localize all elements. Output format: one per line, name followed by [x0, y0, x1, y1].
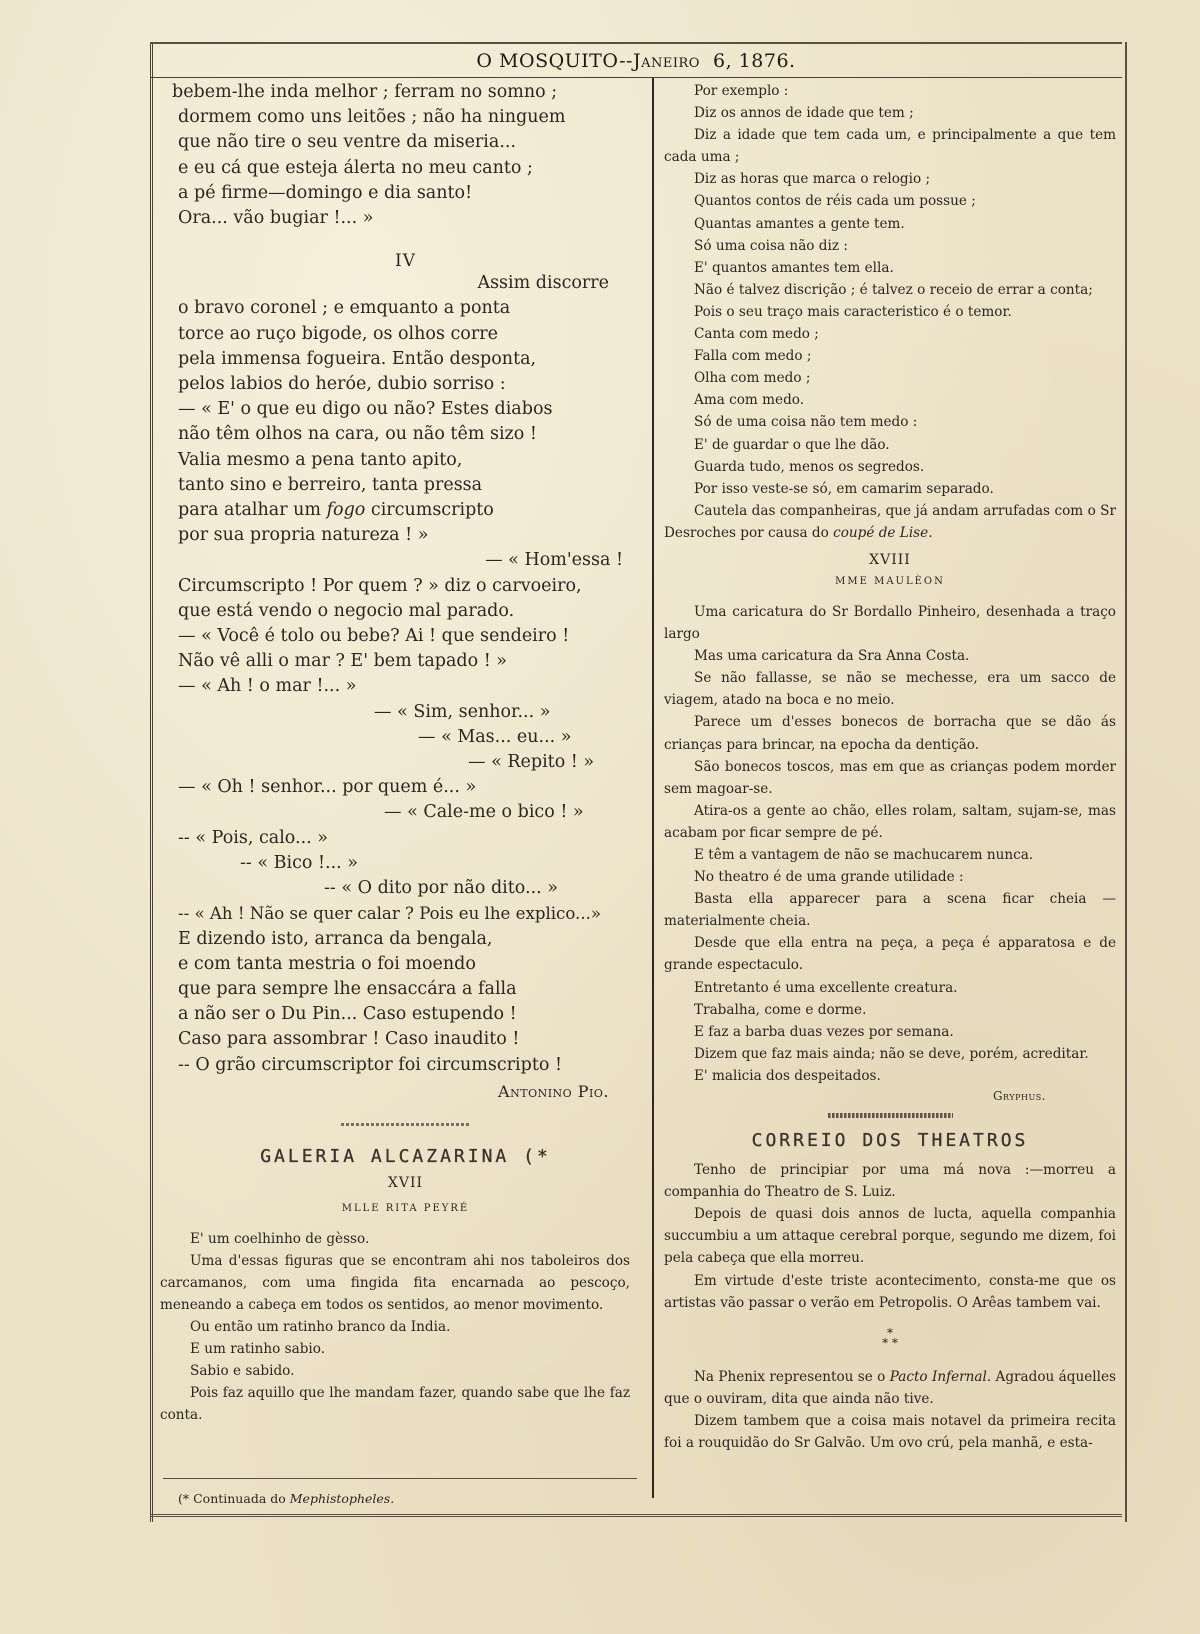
paragraph: Basta ella apparecer para a scena ficar … [664, 888, 1116, 932]
verse-text: circumscripto [365, 500, 494, 520]
verse-line: -- « Ah ! Não se quer calar ? Pois eu lh… [178, 901, 633, 926]
verse-line: -- « Pois, calo... » [178, 826, 633, 851]
paragraph-italic: coupé de Lise. [833, 525, 932, 541]
verse-line: pelos labios do heróe, dubio sorriso : [178, 372, 633, 397]
paragraph: No theatro é de uma grande utilidade : [664, 866, 1116, 888]
verse-line: -- « Bico !... » [178, 851, 633, 876]
paragraph: Por exemplo : [664, 80, 1116, 102]
verse-line: Ora... vão bugiar !... » [178, 206, 633, 231]
verse-line: e com tanta mestria o foi moendo [178, 952, 633, 977]
verse-line: dormem como uns leitões ; não ha ninguem [178, 105, 633, 130]
author-signature: Antonino Pio. [178, 1082, 633, 1101]
verse-line: o bravo coronel ; e emquanto a ponta [178, 296, 633, 321]
verse-line: — « Sim, senhor... » [178, 700, 633, 725]
ornament-divider [828, 1113, 953, 1118]
author-signature: Gryphus. [664, 1089, 1116, 1103]
paragraph: Quantas amantes a gente tem. [664, 213, 1116, 235]
verse-line: Assim discorre [178, 271, 633, 296]
verse-line: — « Hom'essa ! [178, 548, 633, 573]
masthead-month: Janeiro [633, 50, 700, 72]
paragraph: Por isso veste-se só, em camarim separad… [664, 478, 1116, 500]
verse-line: Caso para assombrar ! Caso inaudito ! [178, 1027, 633, 1052]
stanza-number: IV [178, 251, 633, 271]
verse-line: por sua propria natureza ! » [178, 523, 633, 548]
paragraph-cutoff: Dizem tambem que a coisa mais notavel da… [664, 1410, 1116, 1454]
verse-line: -- « O dito por não dito... » [178, 876, 633, 901]
section-title-galeria: GALERIA ALCAZARINA (* [178, 1146, 633, 1167]
intro-prose: Por exemplo : Diz os annos de idade que … [664, 80, 1116, 544]
paragraph: Em virtude d'este triste acontecimento, … [664, 1270, 1116, 1314]
verse-line: — « Você é tolo ou bebe? Ai ! que sendei… [178, 624, 633, 649]
paragraph: E' um coelhinho de gèsso. [160, 1228, 630, 1250]
left-column-end-rule [163, 1478, 637, 1479]
paragraph: Cautela das companheiras, que já andam a… [664, 500, 1116, 544]
paragraph: E' quantos amantes tem ella. [664, 257, 1116, 279]
paragraph: Tenho de principiar por uma má nova :—mo… [664, 1159, 1116, 1203]
verse-line: — « Mas... eu... » [178, 725, 633, 750]
paragraph: Olha com medo ; [664, 367, 1116, 389]
verse-line: bebem-lhe inda melhor ; ferram no somno … [172, 80, 633, 105]
ornament-divider [341, 1123, 471, 1126]
verse-line: para atalhar um fogo circumscripto [178, 498, 633, 523]
paragraph: Falla com medo ; [664, 345, 1116, 367]
galeria-prose: E' um coelhinho de gèsso. Uma d'essas fi… [160, 1228, 630, 1427]
verse-line: — « E' o que eu digo ou não? Estes diabo… [178, 397, 633, 422]
poem-part-2: Assim discorre o bravo coronel ; e emqua… [178, 271, 633, 1078]
verse-line: pela immensa fogueira. Então desponta, [178, 347, 633, 372]
paragraph: Sabio e sabido. [160, 1360, 630, 1382]
left-column: bebem-lhe inda melhor ; ferram no somno … [178, 80, 633, 1427]
paragraph: Diz a idade que tem cada um, e principal… [664, 124, 1116, 168]
verse-line: não têm olhos na cara, ou não têm sizo ! [178, 422, 633, 447]
verse-line: que não tire o seu ventre da miseria... [178, 130, 633, 155]
paragraph: Se não fallasse, se não se mechesse, era… [664, 667, 1116, 711]
paragraph: Não é talvez discrição ; é talvez o rece… [664, 279, 1116, 301]
masthead-date: 6, 1876. [713, 50, 796, 72]
verse-line: a não ser o Du Pin... Caso estupendo ! [178, 1002, 633, 1027]
asterism-divider: ** * [664, 1328, 1116, 1348]
paragraph: Quantos contos de réis cada um possue ; [664, 190, 1116, 212]
verse-italic: fogo [327, 500, 366, 520]
bottom-rule [150, 1514, 1122, 1517]
paragraph: Ou então um ratinho branco da India. [160, 1316, 630, 1338]
verse-line: -- O grão circumscriptor foi circumscrip… [178, 1053, 633, 1078]
paragraph: Canta com medo ; [664, 323, 1116, 345]
masthead: O MOSQUITO--Janeiro 6, 1876. [150, 46, 1122, 76]
paragraph: Guarda tudo, menos os segredos. [664, 456, 1116, 478]
verse-line: — « Oh ! senhor... por quem é... » [178, 775, 633, 800]
correio-prose: Tenho de principiar por uma má nova :—mo… [664, 1159, 1116, 1314]
paragraph: E faz a barba duas vezes por semana. [664, 1021, 1116, 1043]
top-rule [150, 42, 1122, 44]
paragraph: E um ratinho sabio. [160, 1338, 630, 1360]
section-title-correio: CORREIO DOS THEATROS [664, 1130, 1116, 1151]
masthead-rule [150, 77, 1122, 78]
poem-part-1: bebem-lhe inda melhor ; ferram no somno … [178, 80, 633, 231]
paragraph: Diz os annos de idade que tem ; [664, 102, 1116, 124]
footnote-text: (* Continuada do [178, 1491, 290, 1506]
footnote: (* Continuada do Mephistopheles. [178, 1491, 394, 1506]
verse-line: E dizendo isto, arranca da bengala, [178, 927, 633, 952]
maulèon-prose: Uma caricatura do Sr Bordallo Pinheiro, … [664, 601, 1116, 1087]
masthead-title: O MOSQUITO-- [476, 50, 633, 72]
verse-line: tanto sino e berreiro, tanta pressa [178, 473, 633, 498]
paragraph: Depois de quasi dois annos de lucta, aqu… [664, 1203, 1116, 1269]
paragraph: Só uma coisa não diz : [664, 235, 1116, 257]
paragraph: Entretanto é uma excellente creatura. [664, 977, 1116, 999]
verse-text: para atalhar um [178, 500, 327, 520]
paragraph: Atira-os a gente ao chão, elles rolam, s… [664, 800, 1116, 844]
paragraph: Uma d'essas figuras que se encontram ahi… [160, 1250, 630, 1316]
paragraph: Diz as horas que marca o relogio ; [664, 168, 1116, 190]
paragraph: Ama com medo. [664, 389, 1116, 411]
footnote-title: Mephistopheles. [290, 1491, 394, 1506]
paragraph: Desde que ella entra na peça, a peça é a… [664, 932, 1116, 976]
verse-line: que está vendo o negocio mal parado. [178, 599, 633, 624]
column-divider [652, 78, 654, 1498]
verse-line: a pé firme—domingo e dia santo! [178, 181, 633, 206]
verse-line: Valia mesmo a pena tanto apito, [178, 448, 633, 473]
verse-line: Circumscripto ! Por quem ? » diz o carvo… [178, 574, 633, 599]
paragraph: Mas uma caricatura da Sra Anna Costa. [664, 645, 1116, 667]
section-number: XVIII [664, 552, 1116, 568]
paragraph-text: Na Phenix representou se o [694, 1369, 890, 1385]
section-number: XVII [178, 1175, 633, 1191]
paragraph: Na Phenix representou se o Pacto Inferna… [664, 1366, 1116, 1410]
verse-line: — « Cale-me o bico ! » [178, 800, 633, 825]
verse-line: — « Ah ! o mar !... » [178, 674, 633, 699]
paragraph: São bonecos toscos, mas em que as crianç… [664, 756, 1116, 800]
verse-line: Não vê alli o mar ? E' bem tapado ! » [178, 649, 633, 674]
verse-line: e eu cá que esteja álerta no meu canto ; [178, 156, 633, 181]
right-column: Por exemplo : Diz os annos de idade que … [664, 80, 1116, 1454]
paragraph: E têm a vantagem de não se machucarem nu… [664, 844, 1116, 866]
paragraph: E' malicia dos despeitados. [664, 1065, 1116, 1087]
phenix-prose: Na Phenix representou se o Pacto Inferna… [664, 1366, 1116, 1454]
paragraph: Parece um d'esses bonecos de borracha qu… [664, 711, 1116, 755]
verse-line: torce ao ruço bigode, os olhos corre [178, 322, 633, 347]
section-subtitle: MLLE RITA PEYRÉ [178, 1203, 633, 1214]
section-subtitle: MME MAULÈON [664, 576, 1116, 587]
paragraph: Dizem que faz mais ainda; não se deve, p… [664, 1043, 1116, 1065]
play-title: Pacto Infernal [890, 1369, 987, 1385]
paragraph: Trabalha, come e dorme. [664, 999, 1116, 1021]
paragraph: Só de uma coisa não tem medo : [664, 411, 1116, 433]
paragraph: Uma caricatura do Sr Bordallo Pinheiro, … [664, 601, 1116, 645]
verse-line: que para sempre lhe ensaccára a falla [178, 977, 633, 1002]
paragraph: E' de guardar o que lhe dão. [664, 434, 1116, 456]
paragraph: Pois faz aquillo que lhe mandam fazer, q… [160, 1382, 630, 1426]
paragraph: Pois o seu traço mais caracteristico é o… [664, 301, 1116, 323]
verse-line: — « Repito ! » [178, 750, 633, 775]
